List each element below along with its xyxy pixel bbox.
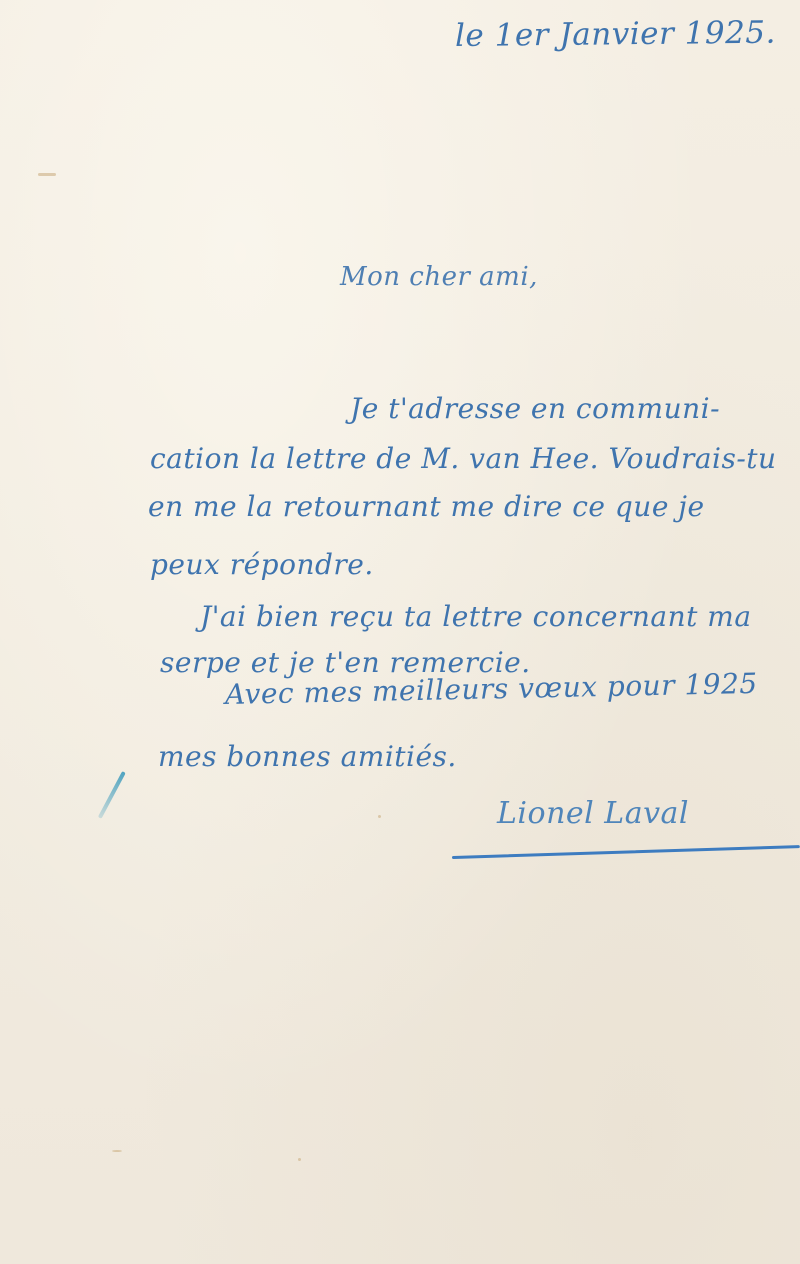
paper-speck (112, 1150, 122, 1152)
letter-salutation: Mon cher ami, (340, 262, 538, 292)
letter-body-line: peux répondre. (150, 548, 374, 581)
letter-body-line: mes bonnes amitiés. (158, 740, 457, 773)
paper-speck (298, 1158, 301, 1161)
paper-speck (378, 815, 381, 818)
letter-body-line: J'ai bien reçu ta lettre concernant ma (200, 600, 752, 633)
letter-body-line: Je t'adresse en communi- (350, 392, 720, 425)
letter-signature: Lionel Laval (497, 796, 689, 831)
letter-date: le 1er Janvier 1925. (455, 15, 776, 54)
letter-body-line: cation la lettre de M. van Hee. Voudrais… (150, 442, 777, 475)
letter-body-line: en me la retournant me dire ce que je (148, 490, 705, 523)
paper-speck (38, 173, 56, 176)
